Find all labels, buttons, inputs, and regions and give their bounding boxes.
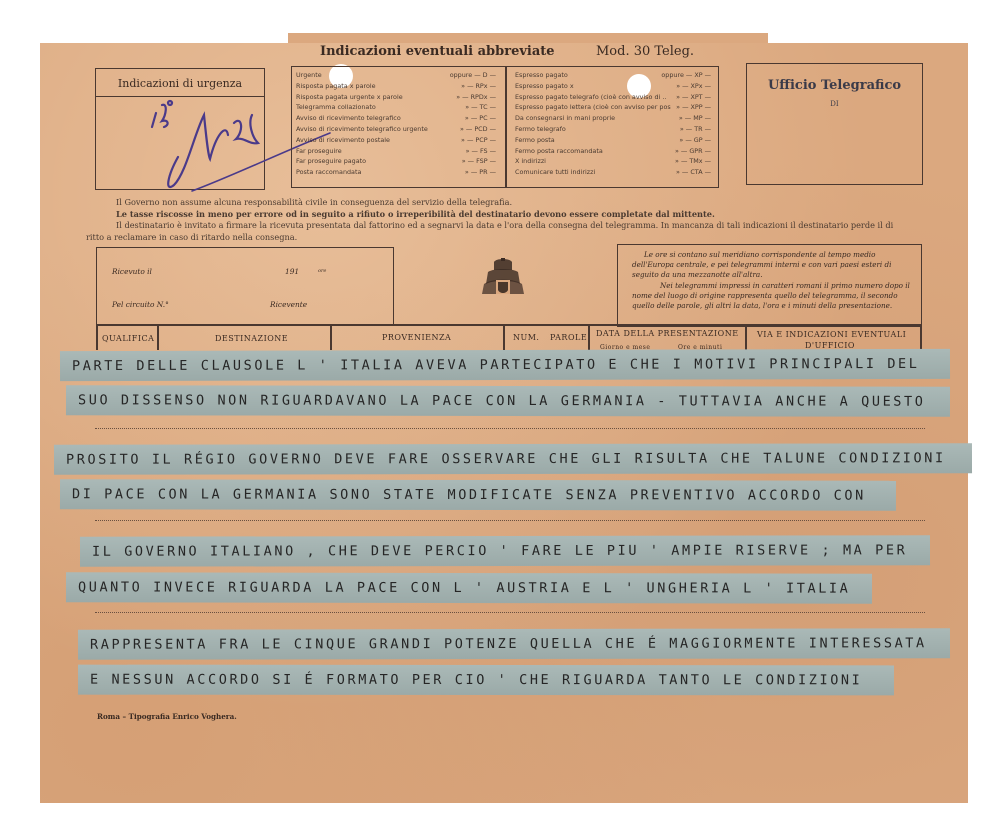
royal-crest-icon: [480, 258, 526, 300]
header-data-presentazione: DATA DELLA PRESENTAZIONE: [596, 329, 739, 338]
year-label: 191: [285, 267, 299, 276]
abbreviation-row: Urgenteoppure — D —: [296, 70, 496, 81]
abbreviation-label: Fermo posta: [515, 135, 555, 146]
printer-imprint: Roma – Tipografia Enrico Voghera.: [97, 712, 237, 721]
abbreviation-row: Da consegnarsi in mani proprie» — MP —: [515, 113, 711, 124]
abbreviation-row: Avviso di ricevimento telegrafico urgent…: [296, 124, 496, 135]
divider: [505, 67, 507, 187]
notice-line: Le tasse riscosse in meno per errore od …: [100, 209, 940, 221]
abbreviation-label: Fermo posta raccomandata: [515, 146, 603, 157]
abbreviation-code: » — GPR —: [675, 146, 711, 157]
abbreviation-row: Fermo posta» — GP —: [515, 135, 711, 146]
abbreviation-code: » — TMx —: [675, 156, 711, 167]
notice-line: Il destinatario è invitato a firmare la …: [100, 220, 940, 232]
abbreviation-code: » — CTA —: [675, 167, 711, 178]
message-strip: RAPPRESENTA FRA LE CINQUE GRANDI POTENZE…: [78, 628, 950, 660]
abbreviation-label: Comunicare tutti indirizzi: [515, 167, 595, 178]
abbreviation-row: Espresso pagatooppure — XP —: [515, 70, 711, 81]
message-strip: IL GOVERNO ITALIANO , CHE DEVE PERCIO ' …: [80, 535, 930, 566]
table-border: [920, 324, 922, 350]
info-box: Le ore si contano sul meridiano corrispo…: [617, 244, 922, 327]
abbreviation-row: Far proseguire pagato» — FSP —: [296, 156, 496, 167]
abbreviation-code: » — TC —: [460, 102, 496, 113]
abbreviation-label: Espresso pagato: [515, 70, 568, 81]
legal-notice: Il Governo non assume alcuna responsabil…: [100, 197, 940, 243]
abbreviation-code: » — XPx —: [675, 81, 711, 92]
abbreviation-code: » — PR —: [460, 167, 496, 178]
received-label: Ricevuto il: [112, 267, 152, 276]
abbreviation-row: Posta raccomandata» — PR —: [296, 167, 496, 178]
message-strip: E NESSUN ACCORDO SI É FORMATO PER CIO ' …: [78, 665, 894, 696]
abbreviation-code: » — PC —: [460, 113, 496, 124]
abbreviation-code: » — FSP —: [460, 156, 496, 167]
abbreviation-label: Posta raccomandata: [296, 167, 361, 178]
message-strip: DI PACE CON LA GERMANIA SONO STATE MODIF…: [60, 479, 896, 510]
abbreviation-code: oppure — D —: [450, 70, 496, 81]
abbreviation-label: Espresso pagato lettera (cioè con avviso…: [515, 102, 671, 113]
office-subtitle: DI: [747, 100, 922, 108]
info-paragraph: Nei telegrammi impressi in caratteri rom…: [632, 281, 911, 312]
abbreviation-code: oppure — XP —: [661, 70, 711, 81]
info-text: Le ore si contano sul meridiano corrispo…: [632, 250, 911, 311]
dotted-line: [95, 428, 925, 429]
info-paragraph: Le ore si contano sul meridiano corrispo…: [632, 250, 911, 281]
notice-line: ritto a reclamare in caso di ritardo nel…: [86, 232, 940, 244]
urgency-label: Indicazioni di urgenza: [96, 77, 264, 97]
header-qualifica: QUALIFICA: [102, 334, 154, 343]
abbreviation-code: » — GP —: [675, 135, 711, 146]
abbreviation-code: » — RPx —: [460, 81, 496, 92]
abbreviation-code: » — TR —: [675, 124, 711, 135]
message-strip: SUO DISSENSO NON RIGUARDAVANO LA PACE CO…: [66, 385, 950, 417]
receipt-box: [96, 247, 394, 325]
abbreviation-row: Telegramma collazionato» — TC —: [296, 102, 496, 113]
table-border: [96, 324, 98, 350]
abbreviation-label: Fermo telegrafo: [515, 124, 566, 135]
office-title: Ufficio Telegrafico: [747, 78, 922, 93]
abbreviation-code: » — FS —: [460, 146, 496, 157]
message-strip: PARTE DELLE CLAUSOLE L ' ITALIA AVEVA PA…: [60, 349, 950, 381]
header-via: VIA E INDICAZIONI EVENTUALI: [757, 330, 906, 339]
hour-label: ore: [318, 268, 326, 274]
abbreviation-row: Fermo posta raccomandata» — GPR —: [515, 146, 711, 157]
header-num: NUM.: [513, 333, 539, 342]
abbreviation-label: Espresso pagato x: [515, 81, 574, 92]
form-title: Indicazioni eventuali abbreviate: [320, 44, 555, 59]
abbreviation-row: Far proseguire» — FS —: [296, 146, 496, 157]
abbreviation-row: Avviso di ricevimento telegrafico» — PC …: [296, 113, 496, 124]
abbreviation-row: Espresso pagato telegrafo (cioè con avvi…: [515, 92, 711, 103]
abbreviation-label: Da consegnarsi in mani proprie: [515, 113, 615, 124]
abbreviation-label: Espresso pagato telegrafo (cioè con avvi…: [515, 92, 666, 103]
abbreviation-code: » — XPP —: [675, 102, 711, 113]
message-strip: PROSITO IL RÉGIO GOVERNO DEVE FARE OSSER…: [54, 443, 972, 475]
abbreviation-row: Avviso di ricevimento postale» — PCP —: [296, 135, 496, 146]
abbreviation-label: Far proseguire pagato: [296, 156, 366, 167]
abbreviation-label: Avviso di ricevimento telegrafico: [296, 113, 401, 124]
abbreviations-left-list: Urgenteoppure — D —Risposta pagata x par…: [296, 70, 496, 178]
abbreviation-row: Comunicare tutti indirizzi» — CTA —: [515, 167, 711, 178]
abbreviations-right-list: Espresso pagatooppure — XP —Espresso pag…: [515, 70, 711, 178]
table-border: [745, 324, 747, 350]
dotted-line: [95, 612, 925, 613]
message-strip: QUANTO INVECE RIGUARDA LA PACE CON L ' A…: [66, 572, 872, 603]
abbreviation-row: Espresso pagato lettera (cioè con avviso…: [515, 102, 711, 113]
abbreviation-row: X indirizzi» — TMx —: [515, 156, 711, 167]
office-box: Ufficio Telegrafico DI: [746, 63, 923, 185]
abbreviation-row: Risposta pagata urgente x parole» — RPDx…: [296, 92, 496, 103]
abbreviation-label: Avviso di ricevimento postale: [296, 135, 390, 146]
abbreviation-label: Telegramma collazionato: [296, 102, 376, 113]
circuit-label: Pel circuito N.°: [112, 300, 169, 309]
abbreviation-code: » — PCD —: [460, 124, 496, 135]
abbreviation-label: X indirizzi: [515, 156, 546, 167]
abbreviation-row: Espresso pagato x» — XPx —: [515, 81, 711, 92]
table-border: [588, 324, 590, 350]
table-border: [330, 324, 332, 350]
abbreviation-label: Far proseguire: [296, 146, 342, 157]
dotted-line: [95, 520, 925, 521]
table-top-rule: [96, 324, 922, 326]
header-destinazione: DESTINAZIONE: [215, 334, 288, 343]
table-border: [157, 324, 159, 350]
notice-line: Il Governo non assume alcuna responsabil…: [100, 197, 940, 209]
abbreviation-code: » — RPDx —: [456, 92, 496, 103]
abbreviation-label: Urgente: [296, 70, 322, 81]
abbreviation-code: » — XPT —: [675, 92, 711, 103]
abbreviation-code: » — MP —: [675, 113, 711, 124]
receiver-label: Ricevente: [270, 300, 307, 309]
abbreviation-row: Risposta pagata x parole» — RPx —: [296, 81, 496, 92]
abbreviation-row: Fermo telegrafo» — TR —: [515, 124, 711, 135]
abbreviation-code: » — PCP —: [460, 135, 496, 146]
header-provenienza: PROVENIENZA: [382, 333, 451, 342]
abbreviation-label: Avviso di ricevimento telegrafico urgent…: [296, 124, 428, 135]
header-parole: PAROLE: [550, 333, 587, 342]
form-model-number: Mod. 30 Teleg.: [596, 44, 694, 59]
abbreviation-label: Risposta pagata urgente x parole: [296, 92, 403, 103]
table-border: [503, 324, 505, 350]
abbreviation-label: Risposta pagata x parole: [296, 81, 376, 92]
